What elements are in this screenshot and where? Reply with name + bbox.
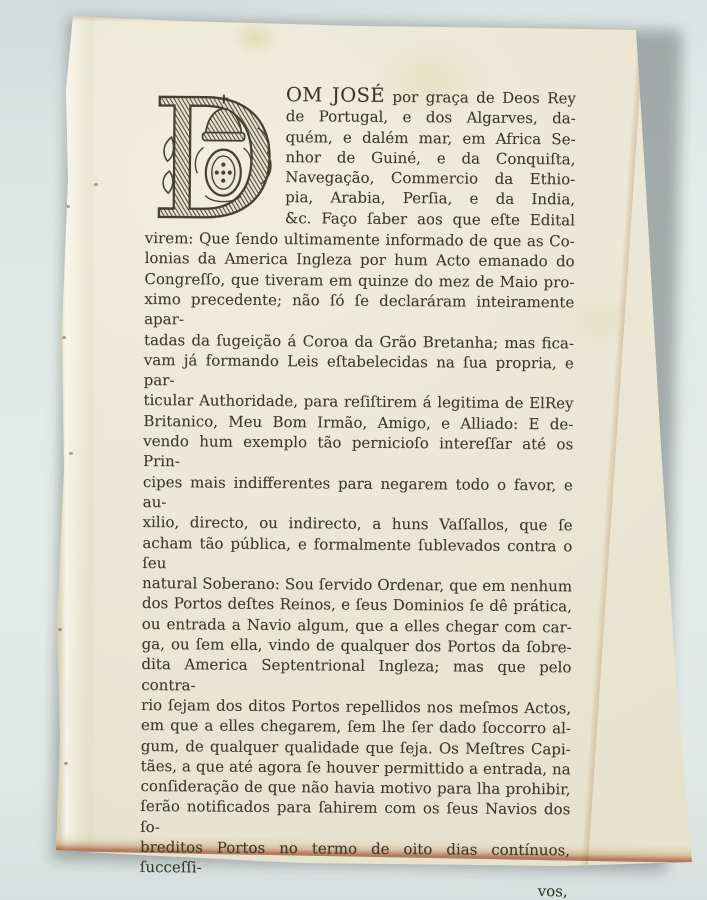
text-line: dita America Septentrional Ingleza; mas … xyxy=(141,654,571,698)
text-line: vendo hum exemplo tão pernicioſo intereſ… xyxy=(143,431,573,475)
indented-lines: OM JOSÉ por graça de Deos Rey de Portuga… xyxy=(285,85,576,230)
text-line: xilio, directo, ou indirecto, a huns Vaſ… xyxy=(142,512,572,536)
text-line: em que a elles chegarem, ſem lhe ſer dad… xyxy=(141,715,571,739)
catchword: vos, xyxy=(140,878,570,900)
text-line: lonias da America Ingleza por hum Acto e… xyxy=(145,248,575,272)
shield-icon xyxy=(206,149,241,195)
drop-cap-initial: D xyxy=(157,87,282,226)
opening-paragraph: D xyxy=(145,84,576,230)
edge-speck xyxy=(58,628,62,631)
heading-dom-jose: OM JOSÉ xyxy=(286,83,385,107)
text-line: vam já formando Leis eſtabelecidas na ſu… xyxy=(144,350,574,394)
text-line: breditos Portos no termo de oito dias co… xyxy=(140,837,570,881)
text-line: ximo precedente; não ſó ſe declaráram in… xyxy=(144,289,574,333)
text-line: cipes mais indifferentes para negarem to… xyxy=(143,472,573,516)
edge-speck xyxy=(62,336,66,339)
text-line: nhor de Guiné, e da Conquiſta, xyxy=(285,147,575,170)
text-line: acham tão pública, e formalmente ſubleva… xyxy=(142,533,572,577)
text-block: D xyxy=(140,84,576,900)
edge-speck xyxy=(64,762,68,765)
text-line: pia, Arabia, Perſia, e da India, xyxy=(285,188,575,211)
text-line: ſerão notificados para ſahirem com os ſe… xyxy=(140,796,570,840)
text-line: de Portugal, e dos Algarves, da- xyxy=(286,106,576,129)
heading-rest: por graça de Deos Rey xyxy=(392,88,576,107)
edge-speck xyxy=(69,452,73,455)
opening-lines-list: de Portugal, e dos Algarves, da-quém, e … xyxy=(285,106,576,230)
body-lines-list: virem: Que ſendo ultimamente informado d… xyxy=(140,228,575,881)
foxed-right-edge xyxy=(578,30,644,865)
text-line: Navegação, Commercio da Ethio- xyxy=(285,167,575,190)
photo-backdrop: D xyxy=(0,0,707,900)
heading-line: OM JOSÉ por graça de Deos Rey xyxy=(286,85,576,109)
edge-speck xyxy=(94,183,98,186)
text-line: &c. Faço ſaber aos que eſte Edital xyxy=(285,208,575,231)
text-line: quém, e dalém mar, em Africa Se- xyxy=(286,127,576,150)
